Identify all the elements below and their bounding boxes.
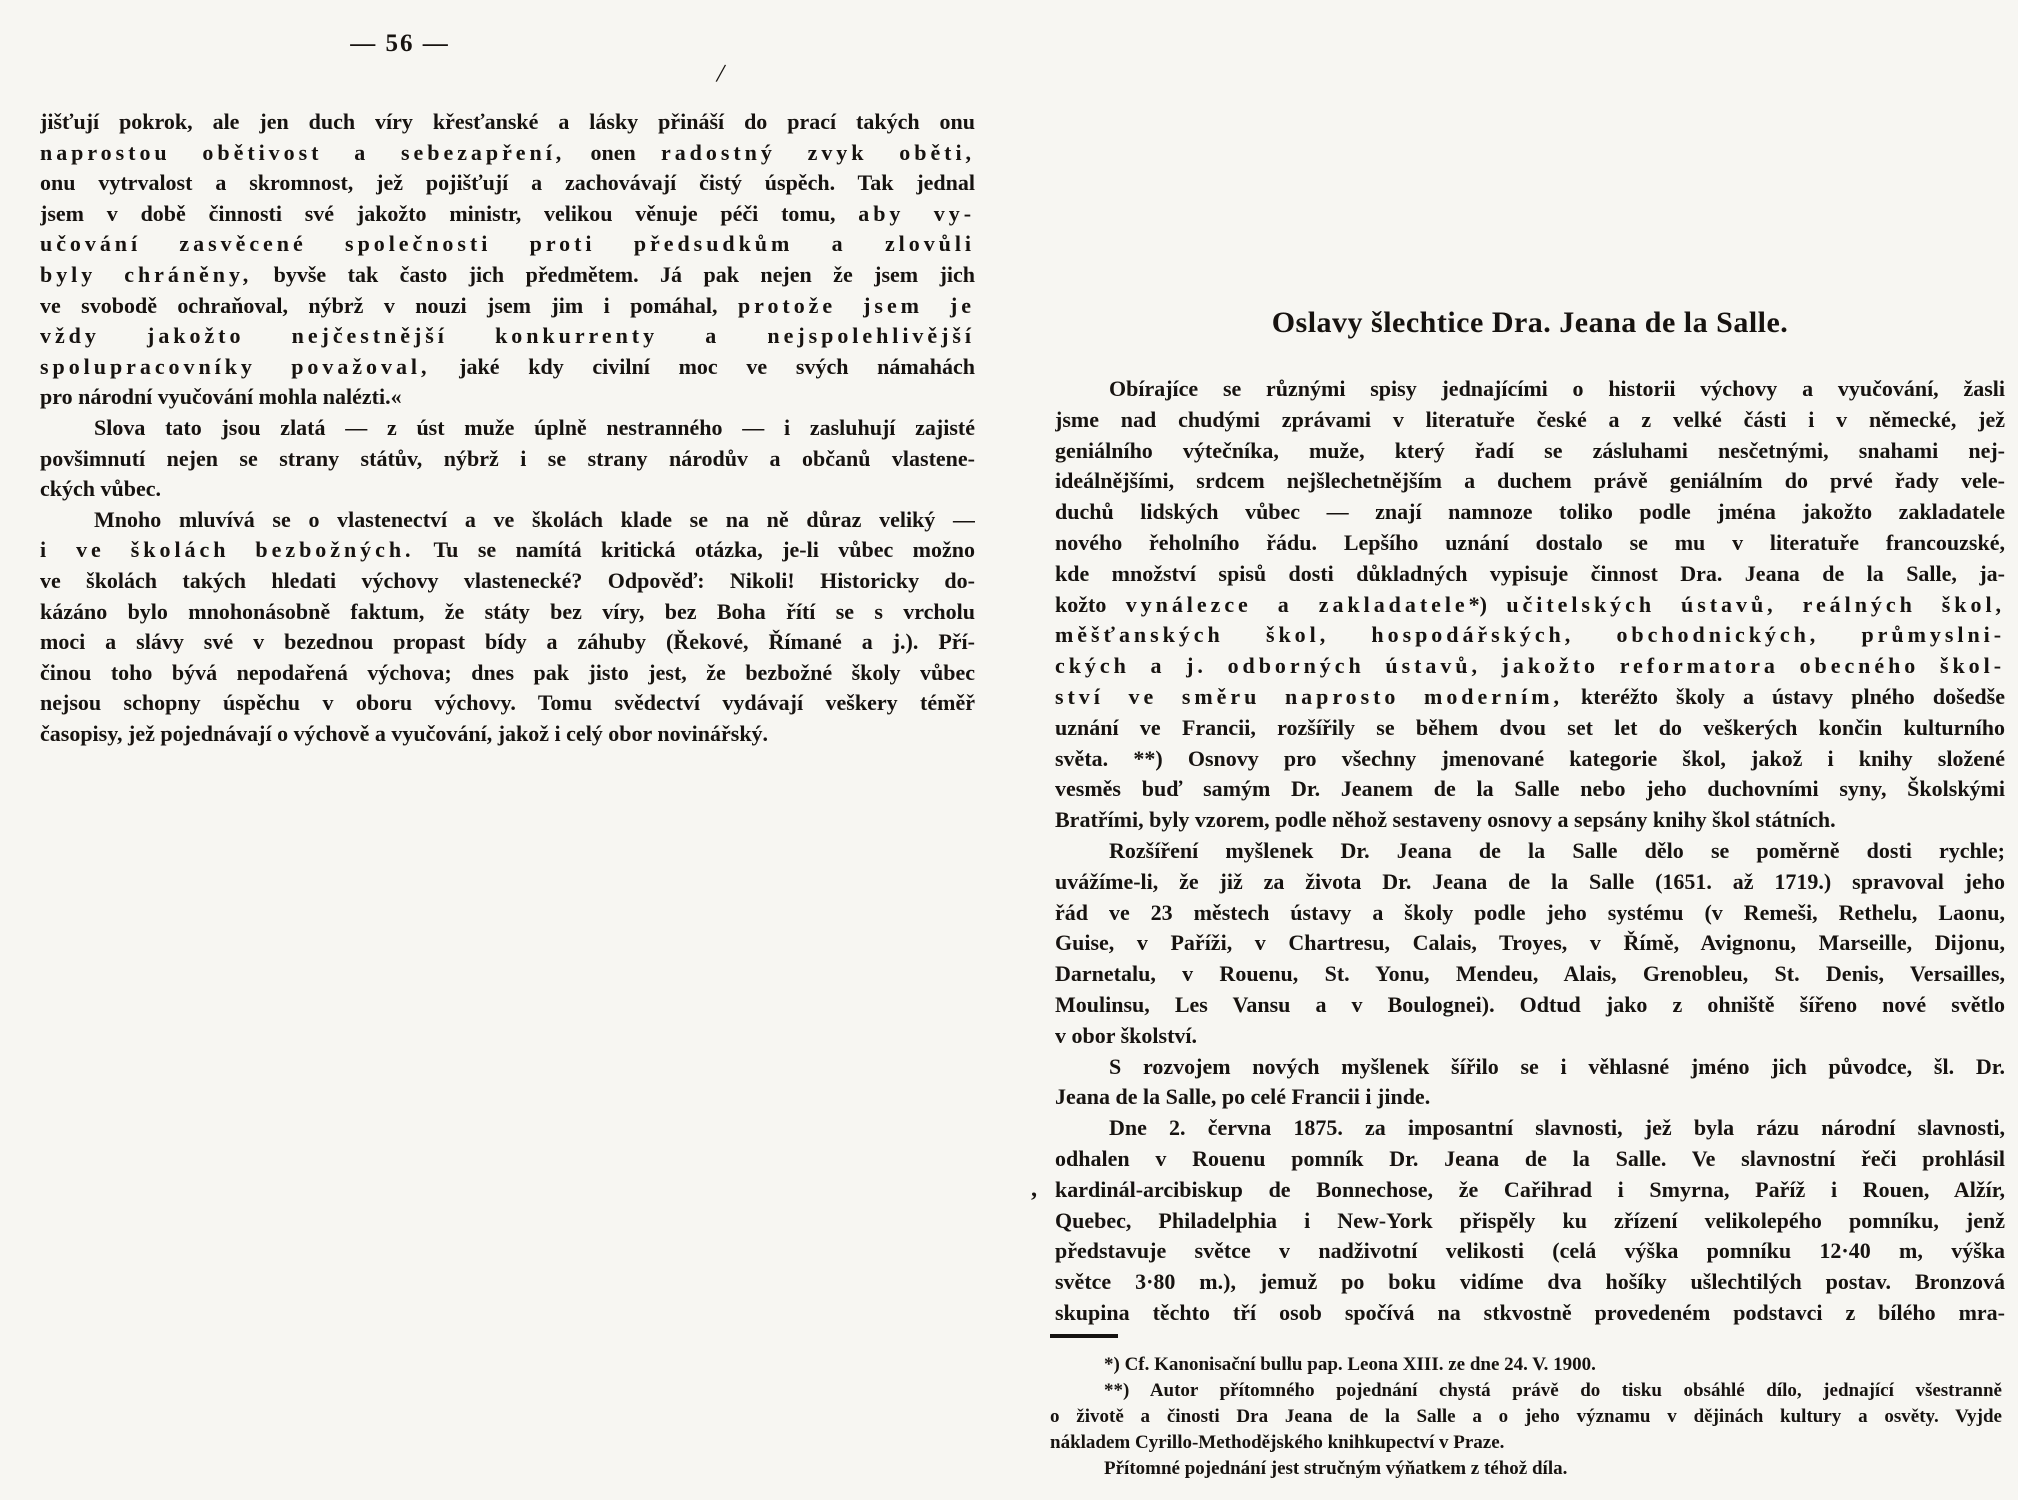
scan-artifact-slash: / [714,58,727,90]
body-text: světce 3·80 m.), jemuž po boku vidíme dv… [1055,1269,2005,1294]
left-page-column: jišťují pokrok, ale jen duch víry křesťa… [40,107,975,749]
body-text: jsem v době činnosti své jakožto ministr… [40,201,858,226]
body-text: světa. **) Osnovy pro všechny jmenované … [1055,746,2005,771]
body-text: kázáno bylo mnohonásobně faktum, že stát… [40,599,975,624]
body-text: *) Cf. Kanonisační bullu pap. Leona XIII… [1104,1354,1596,1375]
body-text: Obírajíce se různými spisy jednajícími o… [1109,376,2005,401]
text-line: uznání ve Francii, rozšířily se během dv… [1055,713,2005,744]
text-line: ckých a j. odborných ústavů, jakožto ref… [1055,651,2005,682]
emphasized-spaced-text: i ve školách bezbožných. [40,537,415,562]
emphasized-spaced-text: měšťanských škol, hospodářských, obchodn… [1055,622,2005,647]
text-line: vždy jakožto nejčestnější konkurrenty a … [40,321,975,352]
text-line: kázáno bylo mnohonásobně faktum, že stát… [40,597,975,628]
paragraph: Rozšíření myšlenek Dr. Jeana de la Salle… [1055,836,2005,1052]
text-line: pro národní vyučování mohla nalézti.« [40,382,975,413]
text-line: onu vytrvalost a skromnost, jež pojišťuj… [40,168,975,199]
emphasized-spaced-text: ství ve směru naprosto moderním, [1055,684,1563,709]
text-line: ve školách takých hledati výchovy vlaste… [40,566,975,597]
body-text: *) [1469,592,1507,617]
text-line: povšimnutí nejen se strany státův, nýbrž… [40,444,975,475]
text-line: Quebec, Philadelphia i New-York přispěly… [1055,1206,2005,1237]
text-line: Slova tato jsou zlatá — z úst muže úplně… [40,413,975,444]
body-text: Jeana de la Salle, po celé Francii i jin… [1055,1084,1430,1109]
body-text: kožto [1055,592,1126,617]
text-line: měšťanských škol, hospodářských, obchodn… [1055,620,2005,651]
text-line: Mnoho mluvívá se o vlastenectví a ve ško… [40,505,975,536]
text-line: nákladem Cyrillo-Methodějského knihkupec… [1050,1430,2002,1456]
text-line: Bratřími, byly vzorem, podle něhož sesta… [1055,805,2005,836]
text-line: Rozšíření myšlenek Dr. Jeana de la Salle… [1055,836,2005,867]
text-line: duchů lidských vůbec — znají namnoze tol… [1055,497,2005,528]
paragraph: jišťují pokrok, ale jen duch víry křesťa… [40,107,975,413]
page-number: — 56 — [325,30,475,58]
body-text: Quebec, Philadelphia i New-York přispěly… [1055,1208,2005,1233]
body-text: nejsou schopny úspěchu v oboru výchovy. … [40,690,975,715]
body-text: povšimnutí nejen se strany státův, nýbrž… [40,446,975,471]
text-line: ckých vůbec. [40,474,975,505]
footnotes-block: *) Cf. Kanonisační bullu pap. Leona XIII… [1050,1352,2002,1482]
emphasized-spaced-text: naprostou obětivost a sebezapření, [40,140,565,165]
paragraph: Dne 2. června 1875. za imposantní slavno… [1055,1113,2005,1329]
body-text: odhalen v Rouenu pomník Dr. Jeana de la … [1055,1146,2005,1171]
text-line: *) Cf. Kanonisační bullu pap. Leona XIII… [1050,1352,2002,1378]
body-text: Dne 2. června 1875. za imposantní slavno… [1109,1115,2005,1140]
text-line: kardinál-arcibiskup de Bonnechose, že Ca… [1055,1175,2005,1206]
body-text: Bratřími, byly vzorem, podle něhož sesta… [1055,807,1836,832]
text-line: světa. **) Osnovy pro všechny jmenované … [1055,744,2005,775]
text-line: časopisy, jež pojednávají o výchově a vy… [40,719,975,750]
text-line: Moulinsu, Les Vansu a v Boulognei). Odtu… [1055,990,2005,1021]
emphasized-spaced-text: protože jsem je [738,293,975,318]
body-text: Guise, v Paříži, v Chartresu, Calais, Tr… [1055,930,2005,955]
body-text: jsme nad chudými zprávami v literatuře č… [1055,407,2005,432]
emphasized-spaced-text: spolupracovníky považoval, [40,354,430,379]
body-text: byvše tak často jich předmětem. Já pak n… [252,262,975,287]
body-text: Přítomné pojednání jest stručným výňatke… [1104,1458,1567,1479]
body-text: ve svobodě ochraňoval, nýbrž v nouzi jse… [40,293,738,318]
paragraph: Mnoho mluvívá se o vlastenectví a ve ško… [40,505,975,750]
body-text: jišťují pokrok, ale jen duch víry křesťa… [40,109,975,134]
text-line: **) Autor přítomného pojednání chystá pr… [1050,1378,2002,1404]
emphasized-spaced-text: vždy jakožto nejčestnější konkurrenty a … [40,323,975,348]
body-text: pro národní vyučování mohla nalézti.« [40,384,402,409]
text-line: řád ve 23 městech ústavy a školy podle j… [1055,898,2005,929]
body-text: časopisy, jež pojednávají o výchově a vy… [40,721,768,746]
body-text: kardinál-arcibiskup de Bonnechose, že Ca… [1055,1177,2005,1202]
text-line: Přítomné pojednání jest stručným výňatke… [1050,1456,2002,1482]
text-line: kde množství spisů dosti důkladných vypi… [1055,559,2005,590]
body-text: geniálního výtečníka, muže, který řadí s… [1055,438,2005,463]
footnote-paragraph: *) Cf. Kanonisační bullu pap. Leona XIII… [1050,1352,2002,1482]
text-line: jsme nad chudými zprávami v literatuře č… [1055,405,2005,436]
text-line: činou toho bývá nepodařená výchova; dnes… [40,658,975,689]
footnote-separator [1050,1334,1118,1338]
body-text: činou toho bývá nepodařená výchova; dnes… [40,660,975,685]
body-text: Darnetalu, v Rouenu, St. Yonu, Mendeu, A… [1055,961,2005,986]
body-text: duchů lidských vůbec — znají namnoze tol… [1055,499,2005,524]
body-text: Rozšíření myšlenek Dr. Jeana de la Salle… [1109,838,2005,863]
emphasized-spaced-text: vynálezce a zakladatele [1126,592,1469,617]
body-text: nového řeholního řádu. Lepšího uznání do… [1055,530,2005,555]
text-line: v obor školství. [1055,1021,2005,1052]
body-text: ckých vůbec. [40,476,161,501]
text-line: Guise, v Paříži, v Chartresu, Calais, Tr… [1055,928,2005,959]
body-text: Slova tato jsou zlatá — z úst muže úplně… [94,415,975,440]
text-line: skupina těchto tří osob spočívá na stkvo… [1055,1298,2005,1329]
paragraph: Obírajíce se různými spisy jednajícími o… [1055,374,2005,836]
body-text: skupina těchto tří osob spočívá na stkvo… [1055,1300,2005,1325]
text-line: ideálnějšími, srdcem nejšlechetnějším a … [1055,466,2005,497]
body-text: ideálnějšími, srdcem nejšlechetnějším a … [1055,468,2005,493]
body-text: uznání ve Francii, rozšířily se během dv… [1055,715,2005,740]
emphasized-spaced-text: učitelských ústavů, reálných škol, [1506,592,2005,617]
text-line: uvážíme-li, že již za života Dr. Jeana d… [1055,867,2005,898]
body-text: moci a slávy své v bezednou propast bídy… [40,629,975,654]
text-line: nejsou schopny úspěchu v oboru výchovy. … [40,688,975,719]
text-line: světce 3·80 m.), jemuž po boku vidíme dv… [1055,1267,2005,1298]
emphasized-spaced-text: aby vy- [858,201,975,226]
body-text: kteréžto školy a ústavy plného došedše [1563,684,2005,709]
body-text: Moulinsu, Les Vansu a v Boulognei). Odtu… [1055,992,2005,1017]
text-line: Jeana de la Salle, po celé Francii i jin… [1055,1082,2005,1113]
emphasized-spaced-text: byly chráněny, [40,262,252,287]
body-text: řád ve 23 městech ústavy a školy podle j… [1055,900,2005,925]
text-line: Dne 2. června 1875. za imposantní slavno… [1055,1113,2005,1144]
body-text: jaké kdy civilní moc ve svých námahách [430,354,975,379]
text-line: Darnetalu, v Rouenu, St. Yonu, Mendeu, A… [1055,959,2005,990]
text-line: jišťují pokrok, ale jen duch víry křesťa… [40,107,975,138]
text-line: naprostou obětivost a sebezapření, onen … [40,138,975,169]
text-line: o životě a činosti Dra Jeana de la Salle… [1050,1404,2002,1430]
paragraph: Slova tato jsou zlatá — z úst muže úplně… [40,413,975,505]
emphasized-spaced-text: učování zasvěcené společnosti proti před… [40,231,975,256]
text-line: spolupracovníky považoval, jaké kdy civi… [40,352,975,383]
body-text: kde množství spisů dosti důkladných vypi… [1055,561,2005,586]
text-line: učování zasvěcené společnosti proti před… [40,229,975,260]
body-text: představuje světce v nadživotní velikost… [1055,1238,2005,1263]
article-heading: Oslavy šlechtice Dra. Jeana de la Salle. [1055,306,2005,340]
text-line: moci a slávy své v bezednou propast bídy… [40,627,975,658]
text-line: S rozvojem nových myšlenek šířilo se i v… [1055,1052,2005,1083]
text-line: nového řeholního řádu. Lepšího uznání do… [1055,528,2005,559]
body-text: vesměs buď samým Dr. Jeanem de la Salle … [1055,776,2005,801]
body-text: o životě a činosti Dra Jeana de la Salle… [1050,1406,2002,1427]
body-text: onu vytrvalost a skromnost, jež pojišťuj… [40,170,975,195]
text-line: jsem v době činnosti své jakožto ministr… [40,199,975,230]
text-line: představuje světce v nadživotní velikost… [1055,1236,2005,1267]
emphasized-spaced-text: ckých a j. odborných ústavů, jakožto ref… [1055,653,2005,678]
scanned-book-spread: — 56 — / jišťují pokrok, ale jen duch ví… [0,0,2018,1500]
text-line: ve svobodě ochraňoval, nýbrž v nouzi jse… [40,291,975,322]
text-line: odhalen v Rouenu pomník Dr. Jeana de la … [1055,1144,2005,1175]
paragraph: S rozvojem nových myšlenek šířilo se i v… [1055,1052,2005,1114]
body-text: v obor školství. [1055,1023,1197,1048]
body-text: **) Autor přítomného pojednání chystá pr… [1104,1380,2002,1401]
body-text: S rozvojem nových myšlenek šířilo se i v… [1109,1054,2005,1079]
body-text: Mnoho mluvívá se o vlastenectví a ve ško… [94,507,975,532]
body-text: Tu se namítá kritická otázka, je-li vůbe… [415,537,976,562]
right-page-column: Obírajíce se různými spisy jednajícími o… [1055,374,2005,1329]
scan-artifact-comma: ‚ [1030,1176,1038,1203]
text-line: kožto vynálezce a zakladatele*) učitelsk… [1055,590,2005,621]
text-line: Obírajíce se různými spisy jednajícími o… [1055,374,2005,405]
body-text: uvážíme-li, že již za života Dr. Jeana d… [1055,869,2005,894]
body-text: nákladem Cyrillo-Methodějského knihkupec… [1050,1432,1504,1453]
body-text: onen [565,140,661,165]
emphasized-spaced-text: radostný zvyk oběti, [661,140,975,165]
text-line: vesměs buď samým Dr. Jeanem de la Salle … [1055,774,2005,805]
body-text: ve školách takých hledati výchovy vlaste… [40,568,975,593]
text-line: ství ve směru naprosto moderním, kteréžt… [1055,682,2005,713]
text-line: byly chráněny, byvše tak často jich před… [40,260,975,291]
text-line: geniálního výtečníka, muže, který řadí s… [1055,436,2005,467]
text-line: i ve školách bezbožných. Tu se namítá kr… [40,535,975,566]
